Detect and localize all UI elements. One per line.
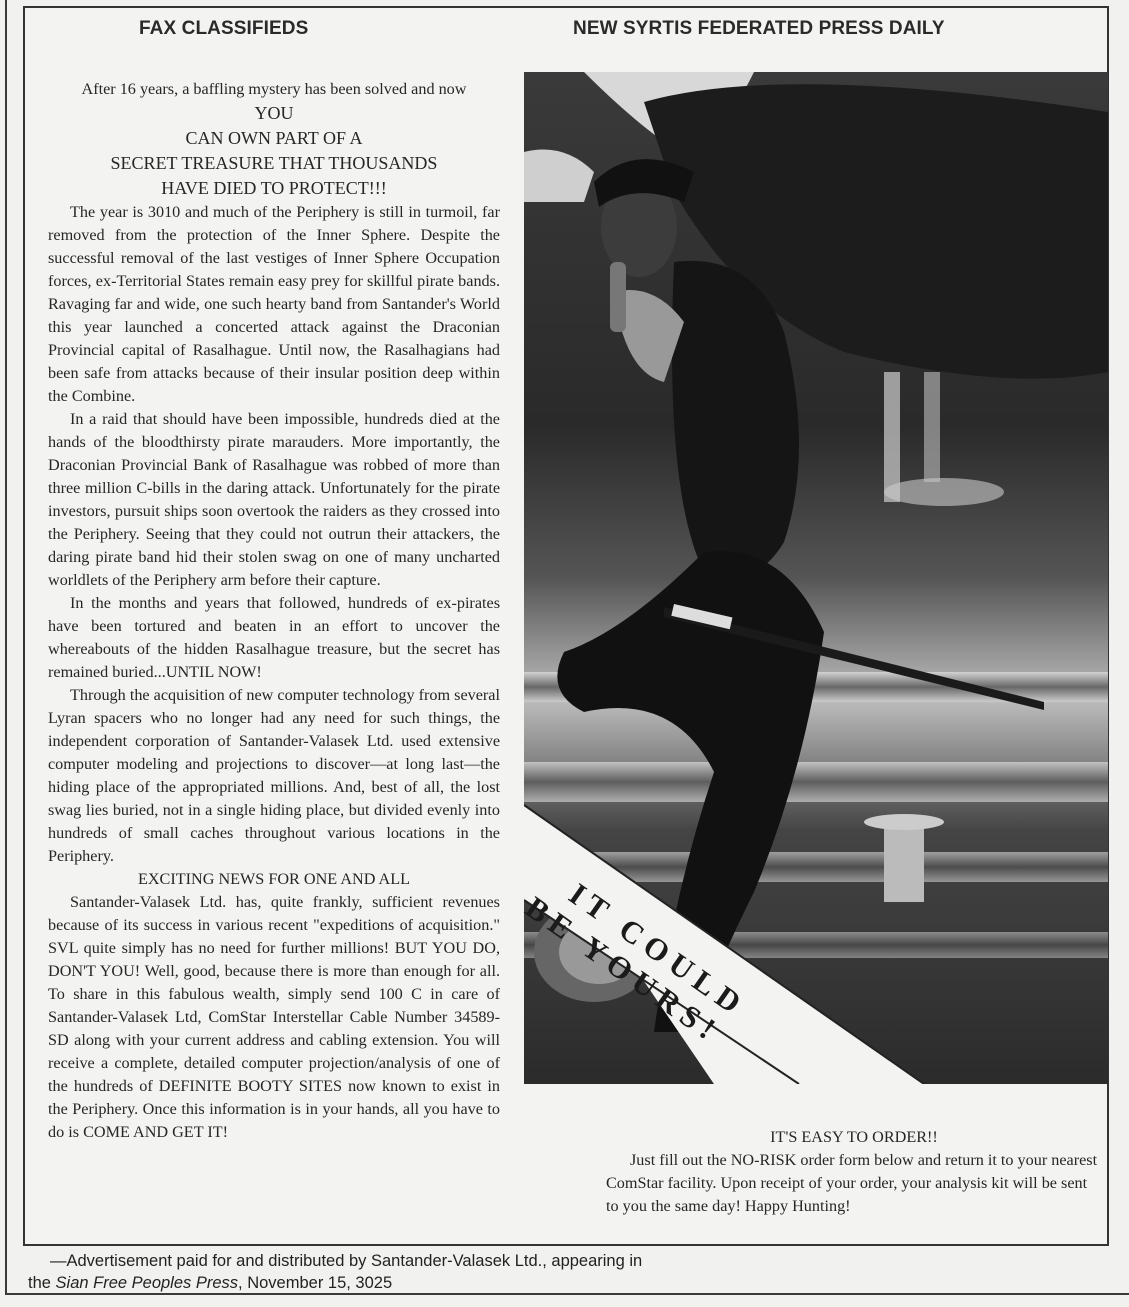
ad-body-column: After 16 years, a baffling mystery has b… xyxy=(48,78,500,1144)
order-instructions: IT'S EASY TO ORDER!! Just fill out the N… xyxy=(606,1126,1102,1218)
publication-name: Sian Free Peoples Press xyxy=(56,1274,239,1292)
order-title: IT'S EASY TO ORDER!! xyxy=(606,1126,1102,1149)
ad-closing-paragraph: Santander-Valasek Ltd. has, quite frankl… xyxy=(48,891,500,1144)
attribution-prefix: the xyxy=(28,1274,56,1292)
ad-headline-line: YOU xyxy=(48,101,500,126)
column-heading-newspaper: NEW SYRTIS FEDERATED PRESS DAILY xyxy=(573,18,945,40)
ad-paragraph: The year is 3010 and much of the Periphe… xyxy=(48,201,500,408)
ad-headline-line: HAVE DIED TO PROTECT!!! xyxy=(48,176,500,201)
ad-paragraph: In the months and years that followed, h… xyxy=(48,592,500,684)
order-body: Just fill out the NO-RISK order form bel… xyxy=(606,1149,1102,1218)
attribution-footer: —Advertisement paid for and distributed … xyxy=(28,1250,788,1294)
ad-lead-line: After 16 years, a baffling mystery has b… xyxy=(48,78,500,101)
ad-paragraph: In a raid that should have been impossib… xyxy=(48,408,500,592)
ad-headline-line: SECRET TREASURE THAT THOUSANDS xyxy=(48,151,500,176)
attribution-line-1: —Advertisement paid for and distributed … xyxy=(28,1250,788,1272)
ad-subheading: EXCITING NEWS FOR ONE AND ALL xyxy=(48,868,500,891)
ad-paragraph: Through the acquisition of new computer … xyxy=(48,684,500,868)
column-heading-fax-classifieds: FAX CLASSIFIEDS xyxy=(139,18,308,40)
ad-headline-line: CAN OWN PART OF A xyxy=(48,126,500,151)
attribution-date: , November 15, 3025 xyxy=(238,1274,392,1292)
attribution-line-2: the Sian Free Peoples Press, November 15… xyxy=(28,1272,788,1294)
